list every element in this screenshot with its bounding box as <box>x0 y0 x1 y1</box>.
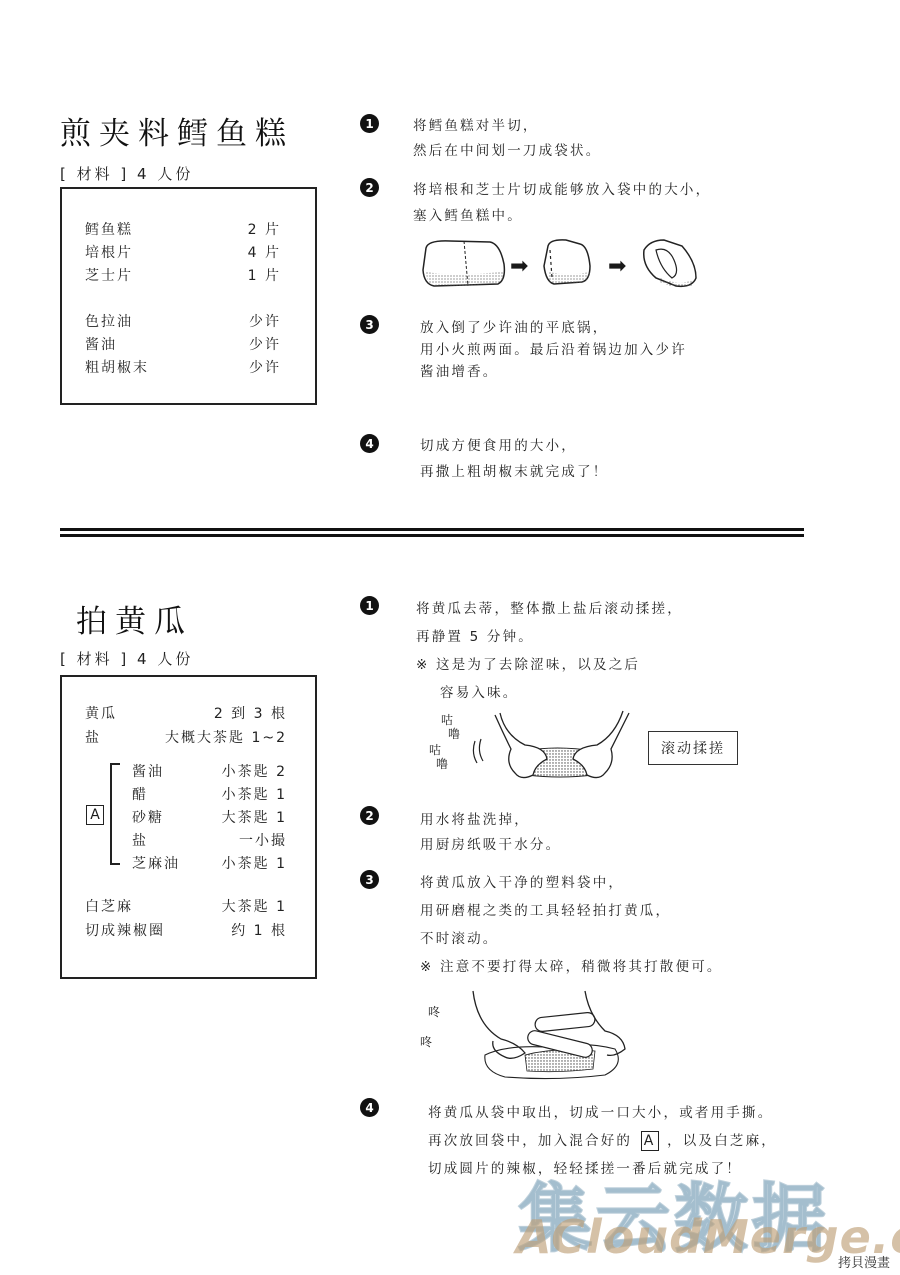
ingredient-qty: 大茶匙 1 <box>222 807 287 827</box>
ingredient-name: 砂糖 <box>132 807 164 827</box>
ingredient-name: 酱油 <box>85 334 117 354</box>
ingredient-row: 培根片 4 片 <box>85 242 281 260</box>
sfx-text: 咚 <box>419 1035 433 1049</box>
step-number-1: 1 <box>360 114 379 133</box>
step-text: 然后在中间划一刀成袋状。 <box>413 139 601 159</box>
ingredient-row: 鳕鱼糕 2 片 <box>85 219 281 237</box>
step-text: 用小火煎两面。最后沿着锅边加入少许 <box>420 338 687 358</box>
group-a-label: A <box>641 1131 659 1151</box>
ingredient-name: 芝士片 <box>85 265 133 285</box>
ingredient-qty: 少许 <box>249 311 281 331</box>
step-number-4: 4 <box>360 434 379 453</box>
step-text: 将鳕鱼糕对半切， <box>413 114 539 134</box>
ingredient-name: 白芝麻 <box>85 896 133 916</box>
hands-rolling-icon <box>465 705 645 790</box>
ingredient-name: 切成辣椒圈 <box>85 920 165 940</box>
step-text: 酱油增香。 <box>420 360 499 380</box>
step-text: 用厨房纸吸干水分。 <box>420 833 561 853</box>
section-divider-bottom <box>60 534 804 537</box>
step-text: 再静置 5 分钟。 <box>416 625 534 645</box>
recipe1-ingredients-box: 鳕鱼糕 2 片 培根片 4 片 芝士片 1 片 色拉油 少许 酱油 少许 粗胡椒… <box>60 187 317 405</box>
ingredient-name: 盐 <box>132 830 148 850</box>
step-number-4: 4 <box>360 1098 379 1117</box>
ingredient-row: 色拉油 少许 <box>85 311 281 329</box>
step-number-1: 1 <box>360 596 379 615</box>
ingredient-row: 酱油 少许 <box>85 334 281 352</box>
sfx-text: 咚 <box>427 1005 441 1019</box>
ingredient-name: 鳕鱼糕 <box>85 219 133 239</box>
recipe1-title: 煎夹料鳕鱼糕 <box>60 108 294 153</box>
ingredient-row: 芝麻油 小茶匙 1 <box>132 853 287 871</box>
rolling-caption-box: 滚动揉搓 <box>648 731 738 765</box>
fishcake-drawing-icon <box>420 236 720 296</box>
ingredient-name: 色拉油 <box>85 311 133 331</box>
step-note: ※ 这是为了去除涩味，以及之后 <box>416 653 640 673</box>
ingredient-qty: 2 片 <box>248 219 281 239</box>
fishcake-cut-illustration: ➡ ➡ <box>420 236 720 296</box>
step-number-3: 3 <box>360 315 379 334</box>
step-text: 将培根和芝士片切成能够放入袋中的大小， <box>413 178 711 198</box>
recipe2-ingredients-box: 黄瓜 2 到 3 根 盐 大概大茶匙 1~2 A 酱油 小茶匙 2 醋 小茶匙 … <box>60 675 317 979</box>
rolling-cucumber-illustration: 咕 噜 咕 噜 滚动揉搓 <box>420 705 760 790</box>
ingredient-qty: 少许 <box>249 357 281 377</box>
step-text: 再次放回袋中，加入混合好的 A ，以及白芝麻， <box>428 1129 777 1151</box>
source-tag: 拷貝漫畫 <box>838 1252 890 1271</box>
ingredient-row: 白芝麻 大茶匙 1 <box>85 896 287 914</box>
recipe2-servings: [ 材料 ] 4 人份 <box>60 648 193 669</box>
ingredient-row: 盐 大概大茶匙 1~2 <box>85 727 287 745</box>
step-text: 不时滚动。 <box>420 927 499 947</box>
ingredient-name: 粗胡椒末 <box>85 357 149 377</box>
step-text-part: ，以及白芝麻， <box>667 1133 777 1149</box>
ingredient-row: 砂糖 大茶匙 1 <box>132 807 287 825</box>
step-number-2: 2 <box>360 178 379 197</box>
ingredient-row: 酱油 小茶匙 2 <box>132 761 287 779</box>
ingredient-qty: 小茶匙 1 <box>222 784 287 804</box>
sfx-char: 噜 <box>448 727 454 741</box>
step-text: 将黄瓜从袋中取出，切成一口大小，或者用手撕。 <box>428 1101 773 1121</box>
group-a-label: A <box>86 805 104 825</box>
arrow-right-icon: ➡ <box>510 254 528 279</box>
ingredient-qty: 一小撮 <box>239 830 287 850</box>
sfx-char: 咕 <box>428 743 442 757</box>
step-number-3: 3 <box>360 870 379 889</box>
ingredient-qty: 小茶匙 2 <box>222 761 287 781</box>
ingredient-row: 粗胡椒末 少许 <box>85 357 281 375</box>
ingredient-row: 盐 一小撮 <box>132 830 287 848</box>
ingredient-qty: 大茶匙 1 <box>222 896 287 916</box>
ingredient-qty: 约 1 根 <box>231 920 287 940</box>
step-text: 用研磨棍之类的工具轻轻拍打黄瓜， <box>420 899 671 919</box>
step-text: 将黄瓜去蒂，整体撒上盐后滚动揉搓， <box>416 597 683 617</box>
ingredient-name: 盐 <box>85 727 101 747</box>
ingredient-row: 黄瓜 2 到 3 根 <box>85 703 287 721</box>
step-note: ※ 注意不要打得太碎，稍微将其打散便可。 <box>420 955 723 975</box>
ingredient-qty: 大概大茶匙 1~2 <box>165 727 287 747</box>
step-number-2: 2 <box>360 806 379 825</box>
pounding-cucumber-illustration: 咚 咚 <box>415 985 635 1085</box>
ingredient-row: 芝士片 1 片 <box>85 265 281 283</box>
ingredient-name: 醋 <box>132 784 148 804</box>
ingredient-row: 切成辣椒圈 约 1 根 <box>85 920 287 938</box>
step-text: 用水将盐洗掉， <box>420 808 530 828</box>
ingredient-qty: 小茶匙 1 <box>222 853 287 873</box>
step-note: 容易入味。 <box>440 681 519 701</box>
hands-pounding-icon <box>465 985 635 1085</box>
step-text-part: 再次放回袋中，加入混合好的 <box>428 1133 632 1149</box>
step-text: 塞入鳕鱼糕中。 <box>413 204 523 224</box>
recipe1-servings: [ 材料 ] 4 人份 <box>60 163 193 184</box>
recipe2-title: 拍黄瓜 <box>76 596 193 641</box>
group-bracket <box>110 763 120 865</box>
ingredient-name: 黄瓜 <box>85 703 117 723</box>
ingredient-name: 芝麻油 <box>132 853 180 873</box>
section-divider-top <box>60 528 804 531</box>
sfx-char: 咕 <box>440 713 454 727</box>
ingredient-name: 酱油 <box>132 761 164 781</box>
arrow-right-icon: ➡ <box>608 254 626 279</box>
ingredient-qty: 2 到 3 根 <box>214 703 287 723</box>
step-text: 将黄瓜放入干净的塑料袋中， <box>420 871 624 891</box>
ingredient-name: 培根片 <box>85 242 133 262</box>
sfx-text: 咕 噜 <box>428 743 442 771</box>
sfx-char: 噜 <box>436 757 442 771</box>
step-text: 再撒上粗胡椒末就完成了！ <box>420 460 608 480</box>
ingredient-row: 醋 小茶匙 1 <box>132 784 287 802</box>
ingredient-qty: 4 片 <box>248 242 281 262</box>
ingredient-qty: 1 片 <box>248 265 281 285</box>
step-text: 切成方便食用的大小， <box>420 434 577 454</box>
sfx-text: 咕 噜 <box>440 713 454 741</box>
step-text: 放入倒了少许油的平底锅， <box>420 316 608 336</box>
ingredient-qty: 少许 <box>249 334 281 354</box>
